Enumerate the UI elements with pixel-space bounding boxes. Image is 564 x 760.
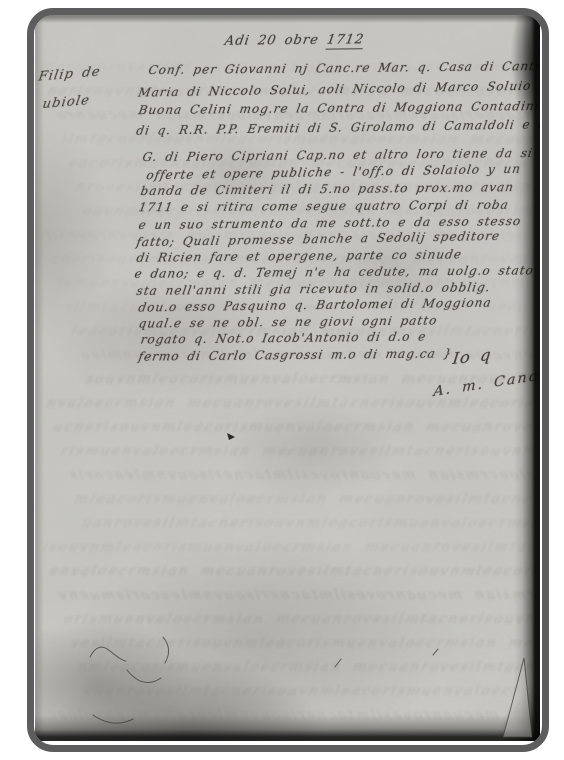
scan-edge-shadow [35, 15, 540, 741]
scanned-manuscript-viewer: mecuanrovesilmtacnerisouvnmleacorismuenv… [0, 0, 564, 760]
manuscript-page: mecuanrovesilmtacnerisouvnmleacorismuenv… [35, 15, 540, 741]
